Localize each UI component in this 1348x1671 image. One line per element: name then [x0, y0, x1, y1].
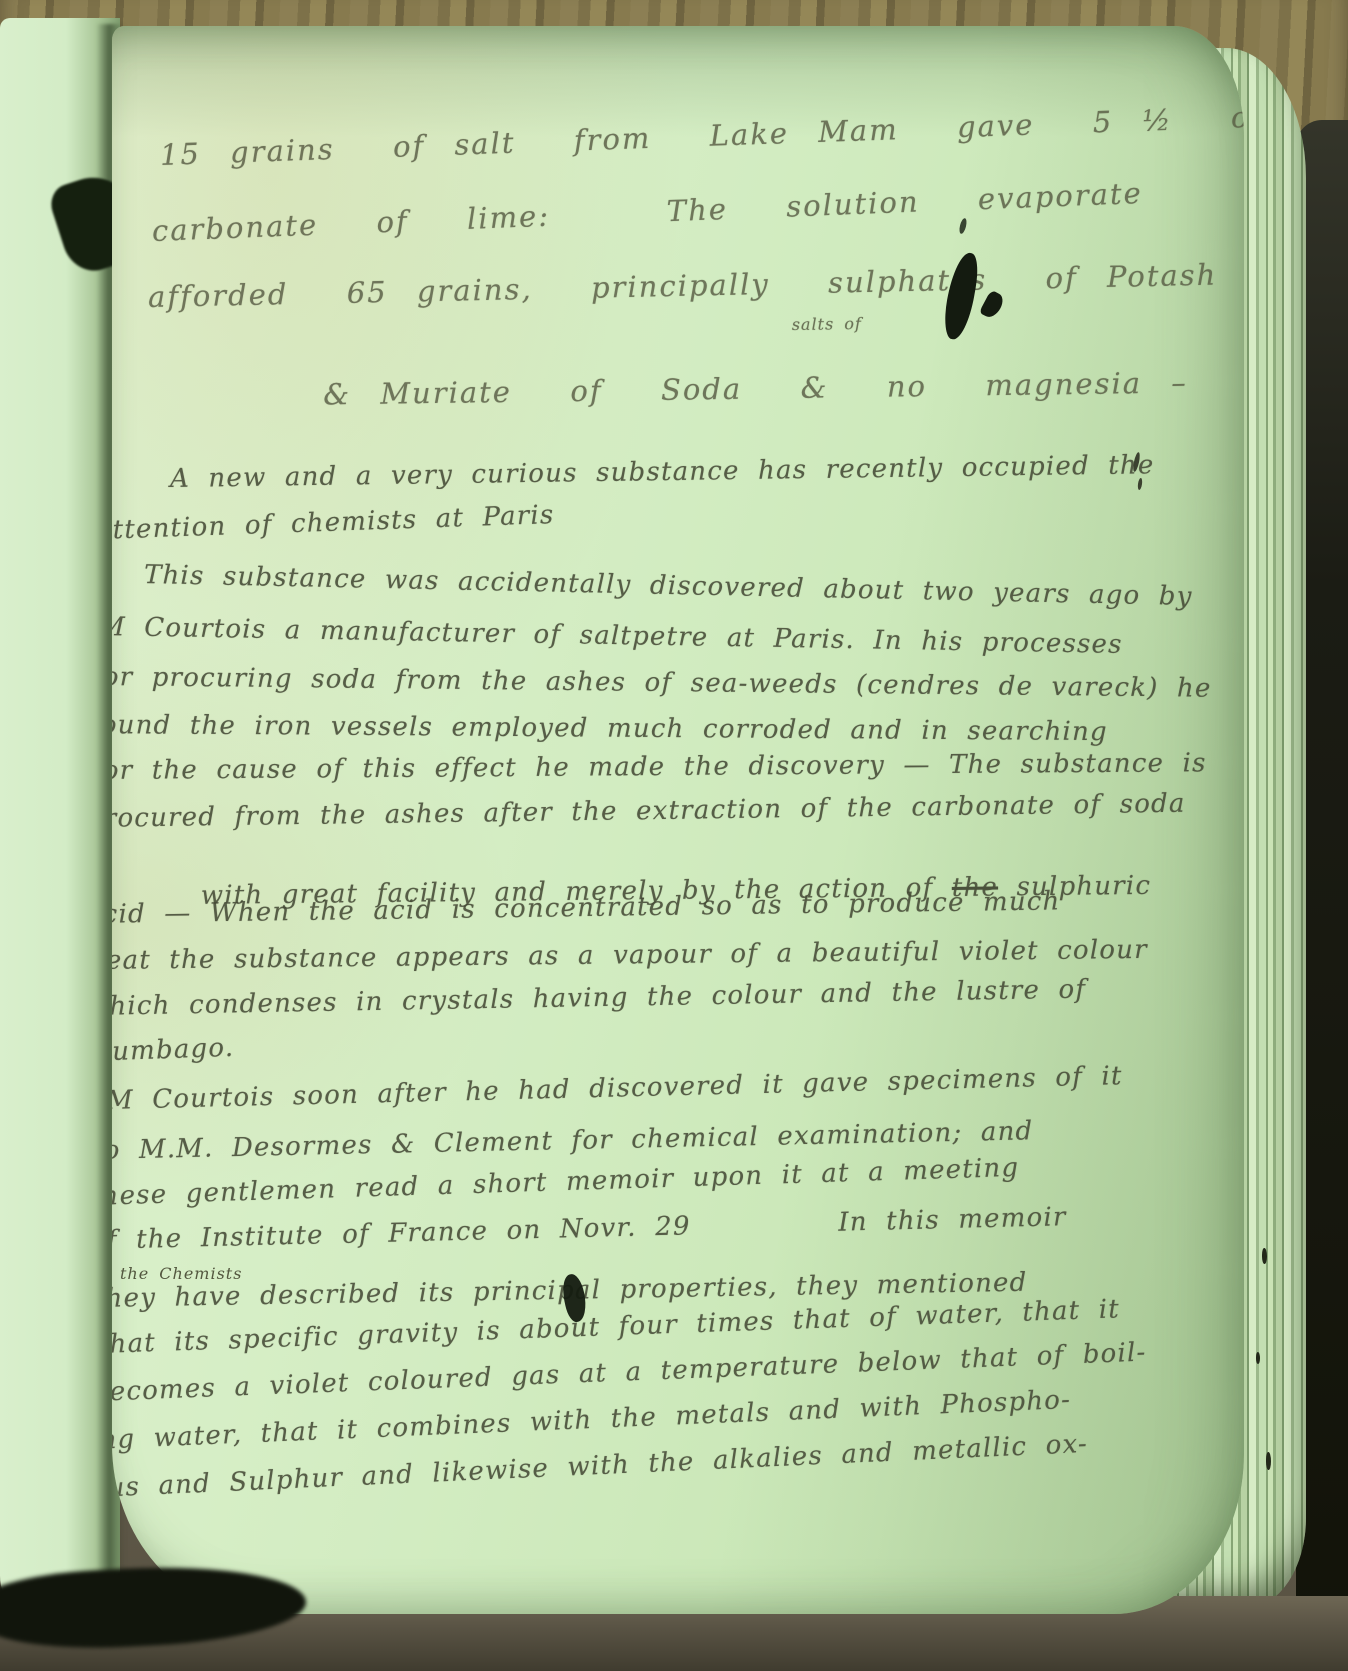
- page-edge-speck: [1262, 1248, 1267, 1264]
- line-text: magnesia –: [985, 365, 1188, 402]
- handwriting-line: M Courtois a manufacturer of saltpetre a…: [112, 612, 1123, 660]
- manuscript-page: 15 grains of salt from Lake Mam gave 5 ½…: [112, 26, 1244, 1614]
- handwriting-line: 15 grains of salt from Lake Mam gave 5 ½…: [159, 99, 1244, 171]
- handwriting-line: found the iron vessels employed much cor…: [112, 710, 1108, 747]
- handwriting-line: & Muriate of Soda & no salts ofmagnesia …: [147, 331, 1188, 448]
- interlinear-insertion: salts of: [792, 314, 862, 334]
- interlinear-insertion: the Chemists: [120, 1264, 242, 1283]
- handwriting-line: for procuring soda from the ashes of sea…: [112, 662, 1212, 704]
- handwriting-line: Plumbago.: [112, 1033, 235, 1068]
- line-text: & Muriate of Soda & no: [323, 368, 986, 411]
- handwriting-line: for the cause of this effect he made the…: [112, 748, 1207, 786]
- handwriting-line: carbonate of lime: The solution evaporat…: [151, 176, 1143, 248]
- handwriting-line: afforded 65 grains, principally sulphate…: [148, 258, 1218, 314]
- handwriting-line: attention of chemists at Paris: [112, 500, 555, 546]
- ink-blot: [958, 218, 968, 235]
- page-edge-speck: [1266, 1452, 1271, 1470]
- stray-ink-mark: [1137, 478, 1143, 490]
- handwriting-line: procured from the ashes after the extrac…: [112, 789, 1186, 834]
- handwriting-line: heat the substance appears as a vapour o…: [112, 935, 1148, 976]
- page-edge-speck: [1256, 1352, 1260, 1364]
- handwriting-line: which condenses in crystals having the c…: [112, 975, 1086, 1022]
- handwriting-line: A new and a very curious substance has r…: [170, 450, 1155, 494]
- handwriting-line: This substance was accidentally discover…: [144, 560, 1193, 612]
- handwriting-line: M Courtois soon after he had discovered …: [112, 1061, 1123, 1116]
- handwriting-line: of the Institute of France on Novr. 29 I…: [112, 1202, 1067, 1256]
- photograph-of-manuscript: 15 grains of salt from Lake Mam gave 5 ½…: [0, 0, 1348, 1671]
